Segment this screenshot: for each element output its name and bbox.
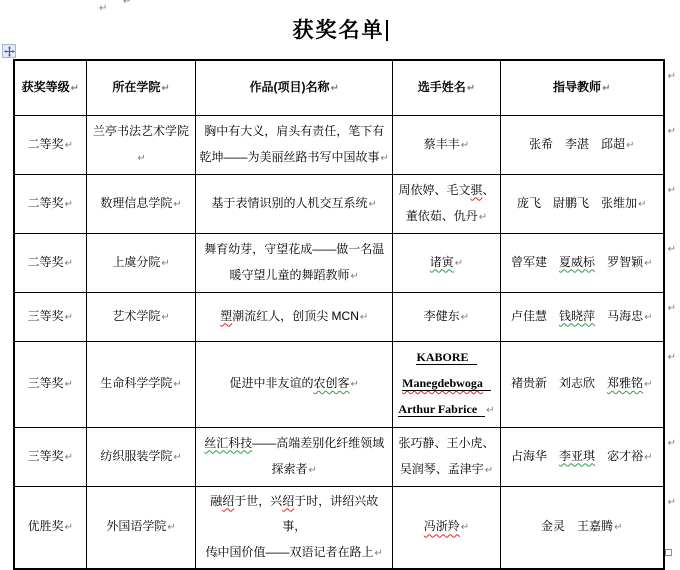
cell-end-mark: ↵ xyxy=(626,140,634,151)
cell-project[interactable]: 塑潮流红人，创顶尖 MCN↵ xyxy=(196,292,393,341)
text-run: KABORE xyxy=(416,350,476,365)
row-end-mark: ↵ xyxy=(668,438,676,449)
row-end-mark-cell: ↵ xyxy=(664,486,679,569)
cell-college[interactable]: 艺术学院↵ xyxy=(86,292,196,341)
cell-teachers[interactable]: 褚贵新 刘志欣 郑雅铭↵ xyxy=(500,341,663,427)
table-row: 三等奖↵艺术学院↵塑潮流红人，创顶尖 MCN↵李健东↵卢佳慧 钱晓萍 马海忠↵↵ xyxy=(14,292,679,341)
text-run: 融 xyxy=(210,494,222,508)
cell-teachers[interactable]: 金灵 王嘉腾↵ xyxy=(500,486,663,569)
cell-college[interactable]: 外国语学院↵ xyxy=(86,486,196,569)
header-cell-college[interactable]: 所在学院↵ xyxy=(86,60,196,115)
header-cell-teachers[interactable]: 指导教师↵ xyxy=(500,60,663,115)
text-run: 绍 xyxy=(282,494,294,508)
text-run: 三等奖 xyxy=(28,449,64,463)
cell-end-mark: ↵ xyxy=(65,140,73,151)
cell-project[interactable]: 融绍于世，兴绍于时，讲绍兴故事， 传中国价值——双语记者在路上↵ xyxy=(196,486,393,569)
text-run: 二等奖 xyxy=(28,255,64,269)
cell-contestant[interactable]: 张巧静、王小虎、 吴润琴、孟津宇↵ xyxy=(393,427,501,486)
cell-award[interactable]: 优胜奖↵ xyxy=(14,486,86,569)
cell-end-mark: ↵ xyxy=(65,522,73,533)
cell-end-mark: ↵ xyxy=(65,312,73,323)
text-run: 数理信息学院 xyxy=(100,196,172,210)
paragraph-mark: ↵ xyxy=(214,550,222,561)
page-title[interactable]: 获奖名单 xyxy=(293,19,385,42)
text-run: 促进中非友谊的 xyxy=(230,376,314,390)
cell-end-mark: ↵ xyxy=(381,153,389,164)
text-run: 塑 xyxy=(220,309,232,323)
text-run: 优胜奖 xyxy=(28,519,64,533)
cell-end-mark: ↵ xyxy=(173,452,181,463)
cell-teachers[interactable]: 占海华 李亚琪 宓才裕↵ xyxy=(500,427,663,486)
cell-end-mark: ↵ xyxy=(161,83,169,94)
table-row: 二等奖↵上虞分院↵舞育幼芽，守望花成——做一名温 暖守望儿童的舞蹈教师↵诸寅↵曾… xyxy=(14,233,679,292)
cell-end-mark: ↵ xyxy=(375,548,383,559)
text-run: 骐 xyxy=(470,183,482,197)
header-row: 获奖等级↵所在学院↵作品(项目)名称↵选手姓名↵指导教师↵↵ xyxy=(14,60,679,115)
text-run: 曾军建 xyxy=(511,255,559,269)
award-table-body: 获奖等级↵所在学院↵作品(项目)名称↵选手姓名↵指导教师↵↵二等奖↵兰亭书法艺术… xyxy=(14,60,679,569)
header-label: 选手姓名 xyxy=(418,80,466,94)
row-end-mark: ↵ xyxy=(668,497,676,508)
cell-end-mark: ↵ xyxy=(173,379,181,390)
cell-end-mark: ↵ xyxy=(486,405,494,416)
cell-end-mark: ↵ xyxy=(467,83,475,94)
cell-end-mark: ↵ xyxy=(71,83,79,94)
table-move-handle[interactable] xyxy=(2,44,16,58)
cell-contestant[interactable]: 诸寅↵ xyxy=(393,233,501,292)
table-row: 优胜奖↵外国语学院↵融绍于世，兴绍于时，讲绍兴故事， 传中国价值——双语记者在路… xyxy=(14,486,679,569)
cell-end-mark: ↵ xyxy=(360,312,368,323)
header-label: 获奖等级 xyxy=(22,80,70,94)
text-run: Arthur Fabrice xyxy=(398,402,485,417)
cell-end-mark: ↵ xyxy=(65,379,73,390)
text-run: 卢佳慧 xyxy=(511,309,559,323)
table-row: 三等奖↵纺织服装学院↵丝汇科技——高端差别化纤维领域 探索者↵张巧静、王小虎、 … xyxy=(14,427,679,486)
cell-end-mark: ↵ xyxy=(65,452,73,463)
text-run: 蔡丰丰 xyxy=(424,137,460,151)
cell-contestant[interactable]: 蔡丰丰↵ xyxy=(393,115,501,174)
cell-end-mark: ↵ xyxy=(485,465,493,476)
cell-award[interactable]: 三等奖↵ xyxy=(14,292,86,341)
cell-end-mark: ↵ xyxy=(461,312,469,323)
cell-award[interactable]: 二等奖↵ xyxy=(14,233,86,292)
text-run: 潮流红人，创顶尖 MCN xyxy=(232,309,359,323)
title-block: 获奖名单 xyxy=(0,14,680,44)
row-end-mark-cell: ↵ xyxy=(664,174,679,233)
cell-end-mark: ↵ xyxy=(167,522,175,533)
cell-college[interactable]: 生命科学学院↵ xyxy=(86,341,196,427)
cell-college[interactable]: 纺织服装学院↵ xyxy=(86,427,196,486)
text-run: 纺织服装学院 xyxy=(100,449,172,463)
cell-award[interactable]: 三等奖↵ xyxy=(14,427,86,486)
cell-end-mark: ↵ xyxy=(644,258,652,269)
text-run: 周依婷、毛文 xyxy=(398,183,470,197)
row-end-mark: ↵ xyxy=(668,352,676,363)
cell-end-mark: ↵ xyxy=(614,522,622,533)
cell-project[interactable]: 基于表情识别的人机交互系统↵ xyxy=(196,174,393,233)
cell-end-mark: ↵ xyxy=(644,312,652,323)
cell-end-mark: ↵ xyxy=(65,199,73,210)
cell-project[interactable]: 舞育幼芽，守望花成——做一名温 暖守望儿童的舞蹈教师↵ xyxy=(196,233,393,292)
cell-end-mark: ↵ xyxy=(369,199,377,210)
cell-end-mark: ↵ xyxy=(309,465,317,476)
text-run: 冯浙羚 xyxy=(424,519,460,533)
table-row: 三等奖↵生命科学学院↵促进中非友谊的农创客↵KABORE Manegdebwog… xyxy=(14,341,679,427)
cell-end-mark: ↵ xyxy=(644,379,652,390)
row-end-mark: ↵ xyxy=(668,303,676,314)
text-run: 占海华 xyxy=(511,449,559,463)
text-run: 马海忠 xyxy=(595,309,643,323)
cell-end-mark: ↵ xyxy=(602,83,610,94)
cell-college[interactable]: 兰亭书法艺术学院↵ xyxy=(86,115,196,174)
cell-teachers[interactable]: 卢佳慧 钱晓萍 马海忠↵ xyxy=(500,292,663,341)
cell-end-mark: ↵ xyxy=(331,83,339,94)
text-run: 夏威标 xyxy=(559,255,595,269)
row-end-mark-cell: ↵ xyxy=(664,60,679,115)
cell-end-mark: ↵ xyxy=(173,199,181,210)
header-cell-award[interactable]: 获奖等级↵ xyxy=(14,60,86,115)
cell-teachers[interactable]: 曾军建 夏威标 罗智颖↵ xyxy=(500,233,663,292)
text-run: 艺术学院 xyxy=(112,309,160,323)
cell-end-mark: ↵ xyxy=(455,258,463,269)
text-run: 庞飞 尉鹏飞 张维加 xyxy=(517,196,637,210)
cell-contestant[interactable]: 周依婷、毛文骐、 董依茹、仇丹↵ xyxy=(393,174,501,233)
text-run: 于世，兴 xyxy=(234,494,282,508)
text-run: 基于表情识别的人机交互系统 xyxy=(212,196,368,210)
table-row: 二等奖↵兰亭书法艺术学院↵胸中有大义，肩头有责任，笔下有 乾坤——为美丽丝路书写… xyxy=(14,115,679,174)
paragraph-mark: ↵ xyxy=(99,3,107,14)
text-run: 郑雅铭 xyxy=(607,376,643,390)
move-arrows-icon xyxy=(4,46,15,57)
cell-contestant[interactable]: KABORE Manegdebwoga Arthur Fabrice↵ xyxy=(393,341,501,427)
row-end-mark: ↵ xyxy=(668,244,676,255)
cell-end-mark: ↵ xyxy=(161,312,169,323)
text-run: 褚贵新 刘志欣 xyxy=(511,376,607,390)
table-resize-handle[interactable] xyxy=(665,549,672,556)
text-run: 诸寅 xyxy=(430,255,454,269)
document-page: ↵ ↵ 获奖名单 获奖等级↵所在学院↵作品(项目)名称↵选手姓名↵指导教师↵↵二… xyxy=(0,0,680,570)
row-end-mark-cell: ↵ xyxy=(664,341,679,427)
cell-project[interactable]: 胸中有大义，肩头有责任，笔下有 乾坤——为美丽丝路书写中国故事↵ xyxy=(196,115,393,174)
text-run: 生命科学学院 xyxy=(100,376,172,390)
cell-project[interactable]: 丝汇科技——高端差别化纤维领域 探索者↵ xyxy=(196,427,393,486)
cell-end-mark: ↵ xyxy=(644,452,652,463)
header-cell-project[interactable]: 作品(项目)名称↵ xyxy=(196,60,393,115)
text-run: 外国语学院 xyxy=(106,519,166,533)
text-run: 胸中有大义，肩头有责任，笔下有 乾坤——为美丽丝路书写中国故事 xyxy=(200,124,385,164)
text-run: ——高端差别化纤维领域 探索者 xyxy=(252,436,384,476)
header-label: 作品(项目)名称 xyxy=(250,80,330,94)
table-row: 二等奖↵数理信息学院↵基于表情识别的人机交互系统↵周依婷、毛文骐、 董依茹、仇丹… xyxy=(14,174,679,233)
paragraph-mark: ↵ xyxy=(123,0,131,7)
text-run: 三等奖 xyxy=(28,376,64,390)
row-end-mark-cell: ↵ xyxy=(664,233,679,292)
cell-end-mark: ↵ xyxy=(479,212,487,223)
row-end-mark-cell: ↵ xyxy=(664,427,679,486)
text-cursor xyxy=(386,20,388,41)
text-run: 丝汇科技 xyxy=(204,436,252,450)
cell-award[interactable]: 二等奖↵ xyxy=(14,115,86,174)
cell-end-mark: ↵ xyxy=(461,140,469,151)
cell-teachers[interactable]: 张希 李湛 邱超↵ xyxy=(500,115,663,174)
cell-end-mark: ↵ xyxy=(351,271,359,282)
text-run: 张希 李湛 邱超 xyxy=(529,137,625,151)
header-label: 所在学院 xyxy=(112,80,160,94)
cell-end-mark: ↵ xyxy=(461,522,469,533)
cell-project[interactable]: 促进中非友谊的农创客↵ xyxy=(196,341,393,427)
text-run: 绍 xyxy=(222,494,234,508)
text-run: 罗智颖 xyxy=(595,255,643,269)
cell-end-mark: ↵ xyxy=(638,199,646,210)
text-run: 二等奖 xyxy=(28,196,64,210)
cell-end-mark: ↵ xyxy=(351,379,359,390)
row-end-mark: ↵ xyxy=(668,126,676,137)
text-run: 农创客 xyxy=(314,376,350,390)
cell-end-mark: ↵ xyxy=(137,153,145,164)
text-run: 张巧静、王小虎、 吴润琴、孟津宇 xyxy=(398,436,494,476)
header-label: 指导教师 xyxy=(553,80,601,94)
text-run: 金灵 王嘉腾 xyxy=(541,519,613,533)
cell-college[interactable]: 上虞分院↵ xyxy=(86,233,196,292)
header-cell-contestant[interactable]: 选手姓名↵ xyxy=(393,60,501,115)
cell-end-mark: ↵ xyxy=(65,258,73,269)
row-end-mark-cell: ↵ xyxy=(664,115,679,174)
text-run: Manegdebwoga xyxy=(402,376,491,391)
cell-end-mark: ↵ xyxy=(161,258,169,269)
row-end-mark: ↵ xyxy=(668,71,676,82)
cell-award[interactable]: 二等奖↵ xyxy=(14,174,86,233)
text-run: 李亚琪 xyxy=(559,449,595,463)
text-run: 三等奖 xyxy=(28,309,64,323)
text-run: 兰亭书法艺术学院 xyxy=(93,124,189,138)
row-end-mark-cell: ↵ xyxy=(664,292,679,341)
text-run: 钱晓萍 xyxy=(559,309,595,323)
text-run: 二等奖 xyxy=(28,137,64,151)
cell-award[interactable]: 三等奖↵ xyxy=(14,341,86,427)
cell-contestant[interactable]: 冯浙羚↵ xyxy=(393,486,501,569)
award-table: 获奖等级↵所在学院↵作品(项目)名称↵选手姓名↵指导教师↵↵二等奖↵兰亭书法艺术… xyxy=(13,59,680,570)
cell-contestant[interactable]: 李健东↵ xyxy=(393,292,501,341)
text-run: 李健东 xyxy=(424,309,460,323)
text-run: 宓才裕 xyxy=(595,449,643,463)
row-end-mark: ↵ xyxy=(668,185,676,196)
text-run: 上虞分院 xyxy=(112,255,160,269)
cell-college[interactable]: 数理信息学院↵ xyxy=(86,174,196,233)
cell-teachers[interactable]: 庞飞 尉鹏飞 张维加↵ xyxy=(500,174,663,233)
